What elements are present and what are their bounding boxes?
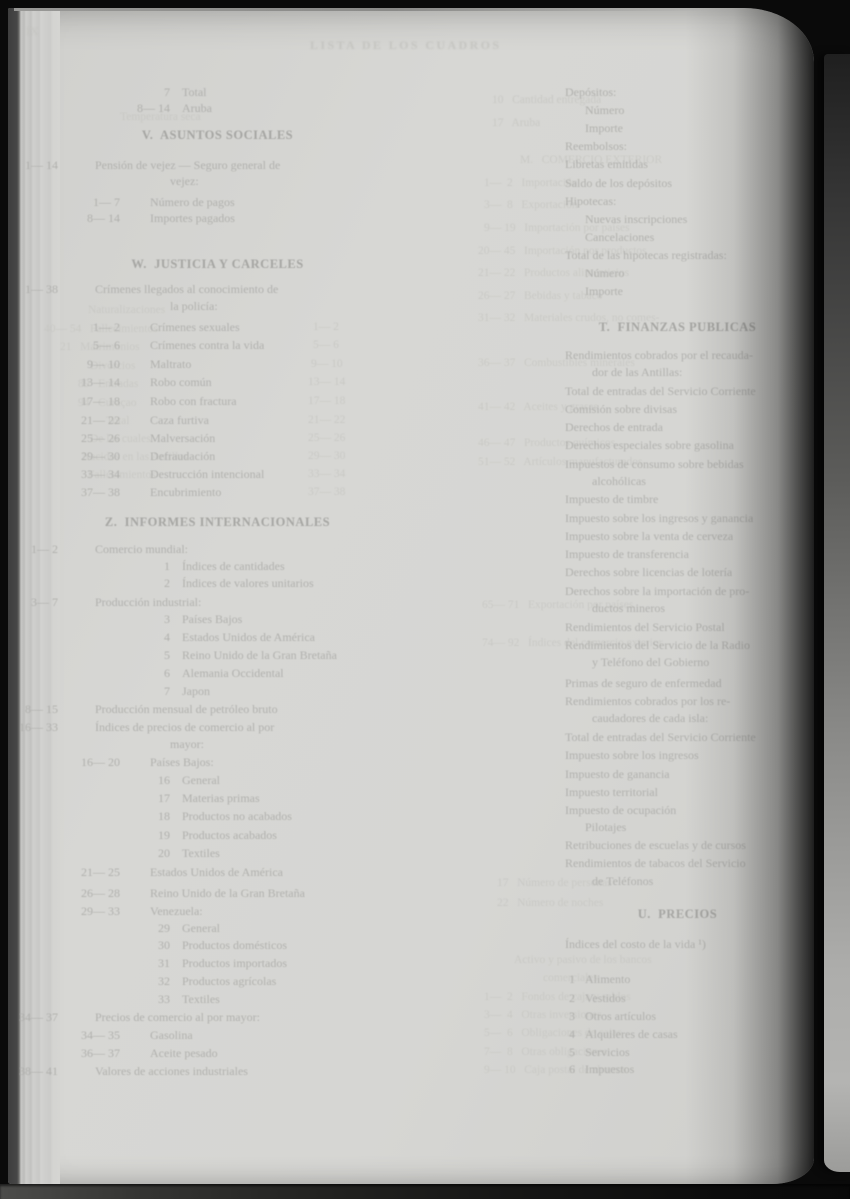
toc-line: Comisión sobre divisas — [8, 402, 814, 417]
toc-line: Impuesto de timbre — [8, 492, 814, 507]
toc-line: Importe — [8, 121, 814, 136]
toc-line: Impuesto sobre la venta de cerveza — [8, 529, 814, 544]
page: LISTA DE LOS CUADROS IX Temperatura seca… — [8, 8, 814, 1184]
toc-line: Rendimientos del Servicio Postal — [8, 620, 814, 635]
adjacent-page-edge — [824, 54, 850, 1172]
toc-line: Saldo de los depósitos — [8, 176, 814, 191]
toc-line: Impuestos de consumo sobre bebidas — [8, 457, 814, 472]
toc-line: alcohólicas — [8, 474, 814, 489]
toc-line: Importe — [8, 284, 814, 299]
toc-line: ductos mineros — [8, 601, 814, 616]
toc-line: la policía: — [8, 299, 814, 314]
toc-line: de Teléfonos — [8, 874, 814, 889]
toc-line: Nuevas inscripciones — [8, 212, 814, 227]
page-inner: LISTA DE LOS CUADROS IX Temperatura seca… — [8, 8, 814, 1184]
toc-line: y Teléfono del Gobierno — [8, 655, 814, 670]
toc-line: Total de las hipotecas registradas: — [8, 248, 814, 263]
book-scan: LISTA DE LOS CUADROS IX Temperatura seca… — [0, 0, 850, 1199]
toc-line: 3Otros artículos — [8, 1009, 814, 1024]
toc-line: Número — [8, 103, 814, 118]
toc-line: Impuesto de transferencia — [8, 547, 814, 562]
toc-line: Rendimientos cobrados por el recauda- — [8, 348, 814, 363]
toc-line: Derechos especiales sobre gasolina — [8, 438, 814, 453]
toc-line: Hipotecas: — [8, 194, 814, 209]
toc-heading: U. PRECIOS — [8, 907, 814, 922]
toc-line: 29General — [8, 921, 814, 936]
book-edge-bottom — [0, 1184, 850, 1199]
toc-line: Índices del costo de la vida ¹) — [8, 937, 814, 952]
toc-line: Depósitos: — [8, 85, 814, 100]
toc-line: 6Impuestos — [8, 1062, 814, 1077]
toc-line: Rendimientos cobrados por los re- — [8, 694, 814, 709]
toc-line: Impuesto de ocupación — [8, 803, 814, 818]
toc-line: Reembolsos: — [8, 139, 814, 154]
toc-line: Impuesto sobre los ingresos — [8, 748, 814, 763]
bleedthrough-text-layer: 7Total8— 14ArubaV. ASUNTOS SOCIALES1— 14… — [8, 8, 814, 1184]
toc-line: Primas de seguro de enfermedad — [8, 676, 814, 691]
toc-line: Impuesto de ganancia — [8, 767, 814, 782]
toc-line: Derechos de entrada — [8, 420, 814, 435]
toc-line: 31Productos importados — [8, 956, 814, 971]
toc-line: 2Vestidos — [8, 991, 814, 1006]
toc-line: Número — [8, 266, 814, 281]
toc-line: Libretas emitidas — [8, 157, 814, 172]
toc-line: caudadores de cada isla: — [8, 711, 814, 726]
toc-line: 5Servicios — [8, 1045, 814, 1060]
toc-line: dor de las Antillas: — [8, 365, 814, 380]
toc-line: Retribuciones de escuelas y de cursos — [8, 838, 814, 853]
toc-line: Total de entradas del Servicio Corriente — [8, 384, 814, 399]
toc-line: Rendimientos de tabacos del Servicio — [8, 856, 814, 871]
toc-line: Total de entradas del Servicio Corriente — [8, 730, 814, 745]
toc-line: Rendimientos del Servicio de la Radio — [8, 638, 814, 653]
toc-line: Derechos sobre licencias de lotería — [8, 565, 814, 580]
toc-line: 4Alquileres de casas — [8, 1027, 814, 1042]
toc-line: Pilotajes — [8, 820, 814, 835]
toc-line: Impuesto territorial — [8, 785, 814, 800]
toc-line: Derechos sobre la importación de pro- — [8, 584, 814, 599]
toc-line: Impuesto sobre los ingresos y ganancia — [8, 511, 814, 526]
toc-heading: T. FINANZAS PUBLICAS — [8, 320, 814, 335]
toc-line: Cancelaciones — [8, 230, 814, 245]
toc-line: 1Alimento — [8, 972, 814, 987]
